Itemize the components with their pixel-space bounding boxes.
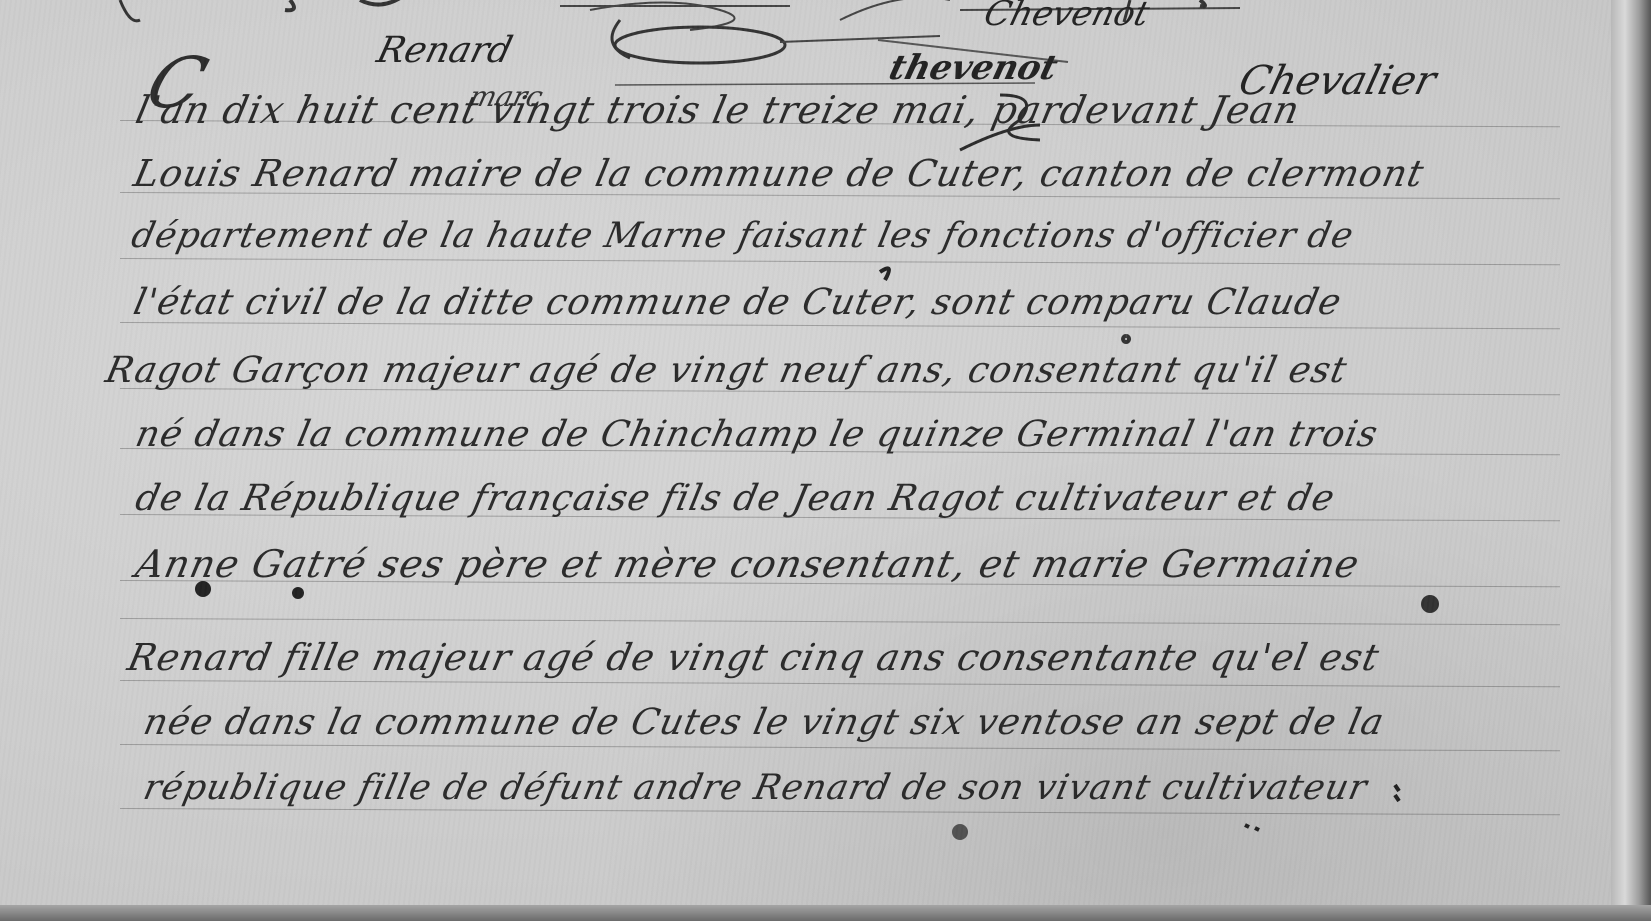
page-bottom-edge xyxy=(0,905,1651,921)
text-line-8: Anne Gatré ses père et mère consentant, … xyxy=(132,542,1364,586)
text-line-3: département de la haute Marne faisant le… xyxy=(128,216,1358,256)
text-line-9: Renard fille majeur agé de vingt cinq an… xyxy=(124,636,1383,679)
text-line-4: l'état civil de la ditte commune de Cute… xyxy=(130,282,1345,323)
text-line-7: de la République française fils de Jean … xyxy=(132,478,1339,519)
text-line-6: né dans la commune de Chinchamp le quinz… xyxy=(132,414,1382,455)
text-line-11: république fille de défunt andre Renard … xyxy=(140,768,1371,808)
text-line-1: l'an dix huit cent vingt trois le treize… xyxy=(132,88,1304,132)
text-line-10: née dans la commune de Cutes le vingt si… xyxy=(140,702,1388,743)
text-line-5: Ragot Garçon majeur agé de vingt neuf an… xyxy=(102,350,1351,391)
binding-gutter xyxy=(1611,0,1651,921)
text-line-2: Louis Renard maire de la commune de Cute… xyxy=(130,152,1428,195)
register-page: Chevenot C Renard marc thevenot Chevalie… xyxy=(0,0,1618,905)
